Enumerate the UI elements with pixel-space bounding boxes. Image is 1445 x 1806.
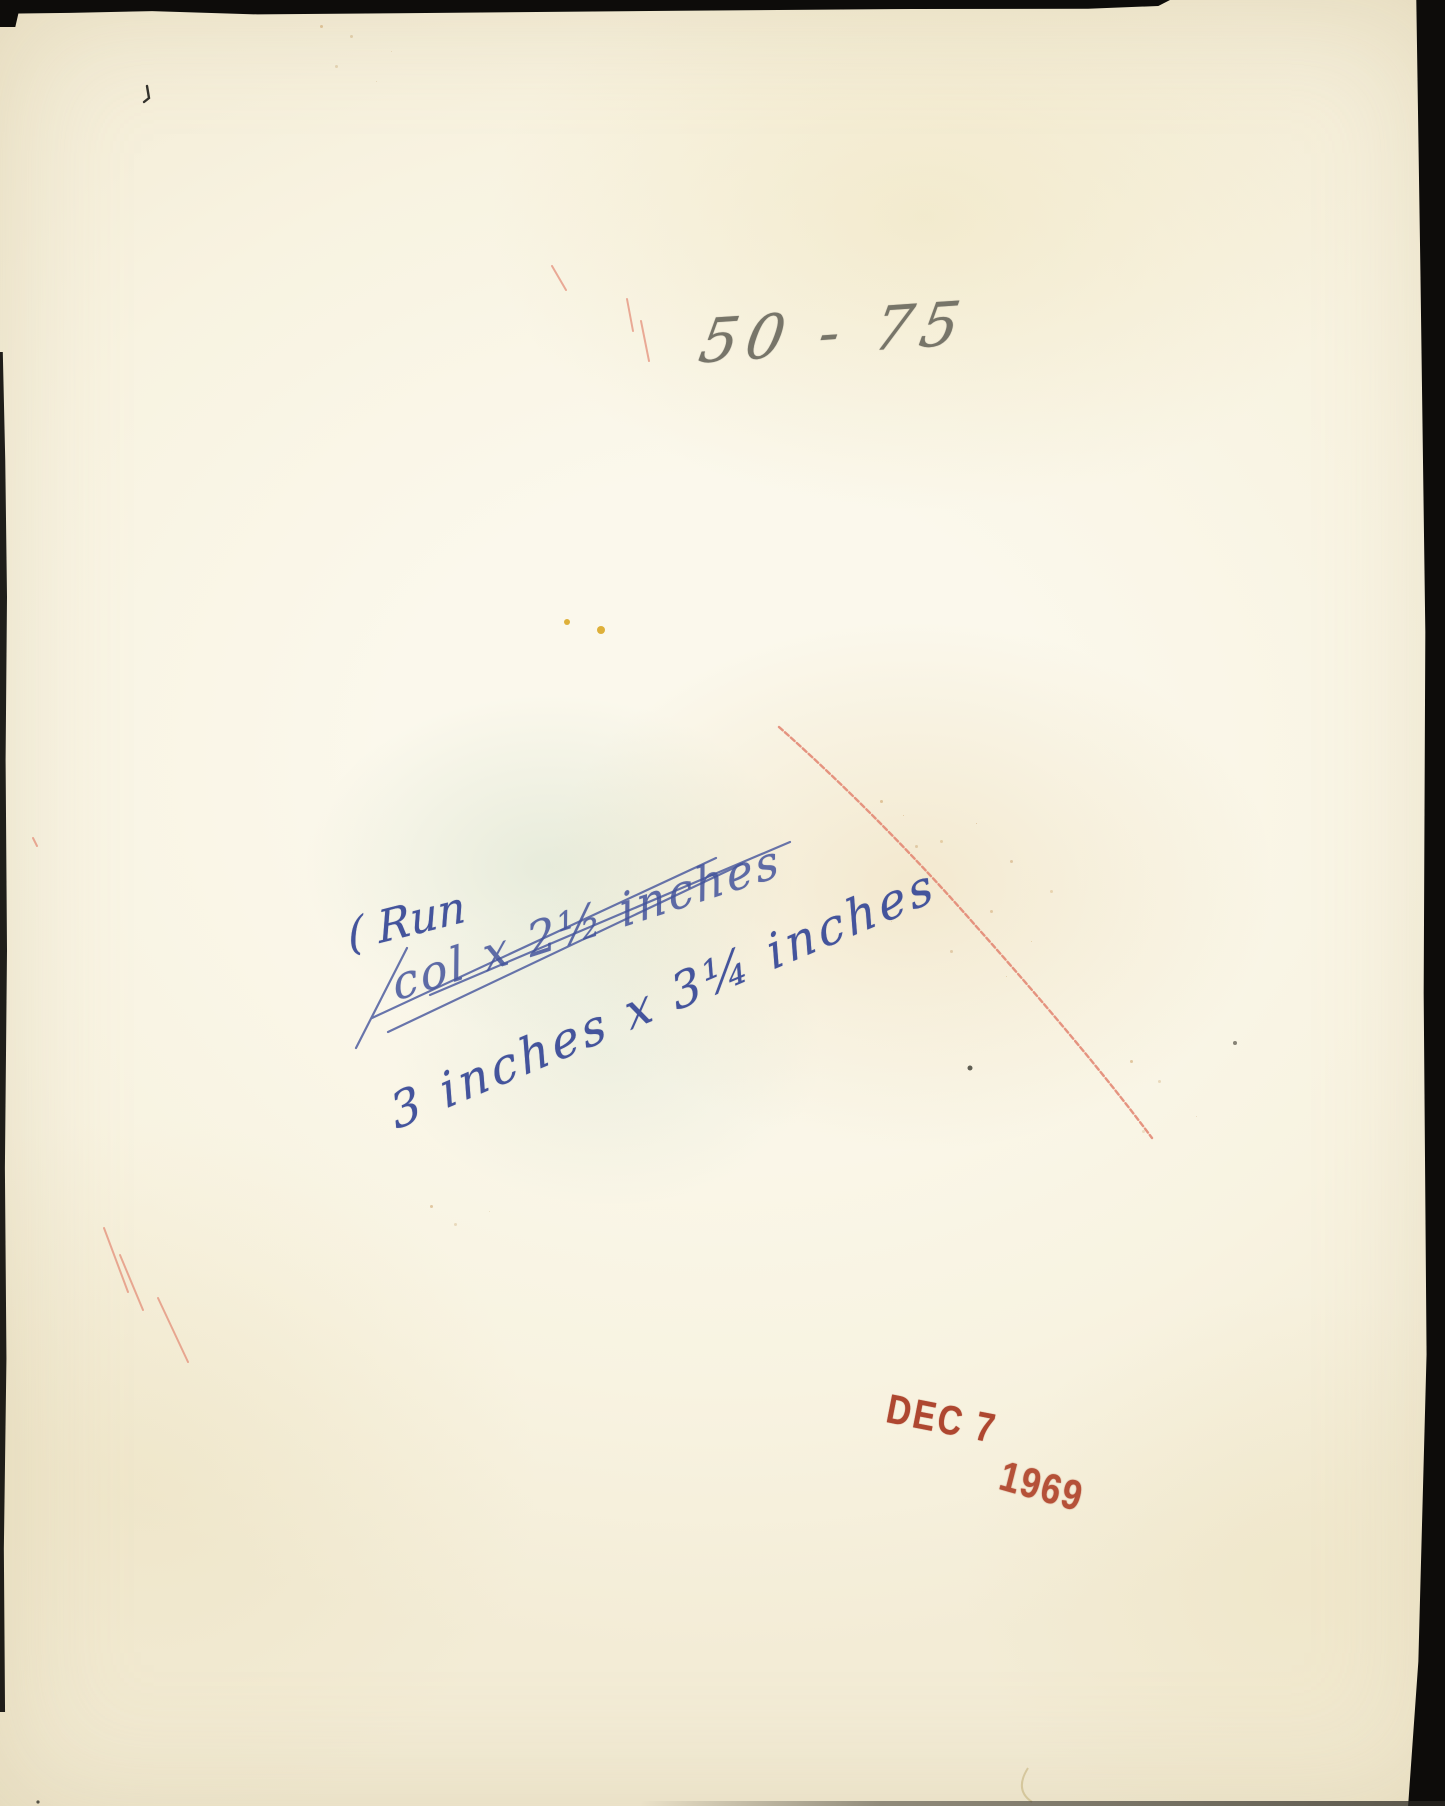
bottom-edge-strip xyxy=(640,1801,1445,1806)
stain-speckles xyxy=(320,25,323,28)
stain-speckles xyxy=(430,1205,433,1208)
stain-speckles xyxy=(880,800,883,803)
stain-speckles xyxy=(1130,1060,1133,1063)
photo-back-scan: 50 - 75 ( Run col x 2½ inches 3 inches x… xyxy=(0,0,1445,1806)
